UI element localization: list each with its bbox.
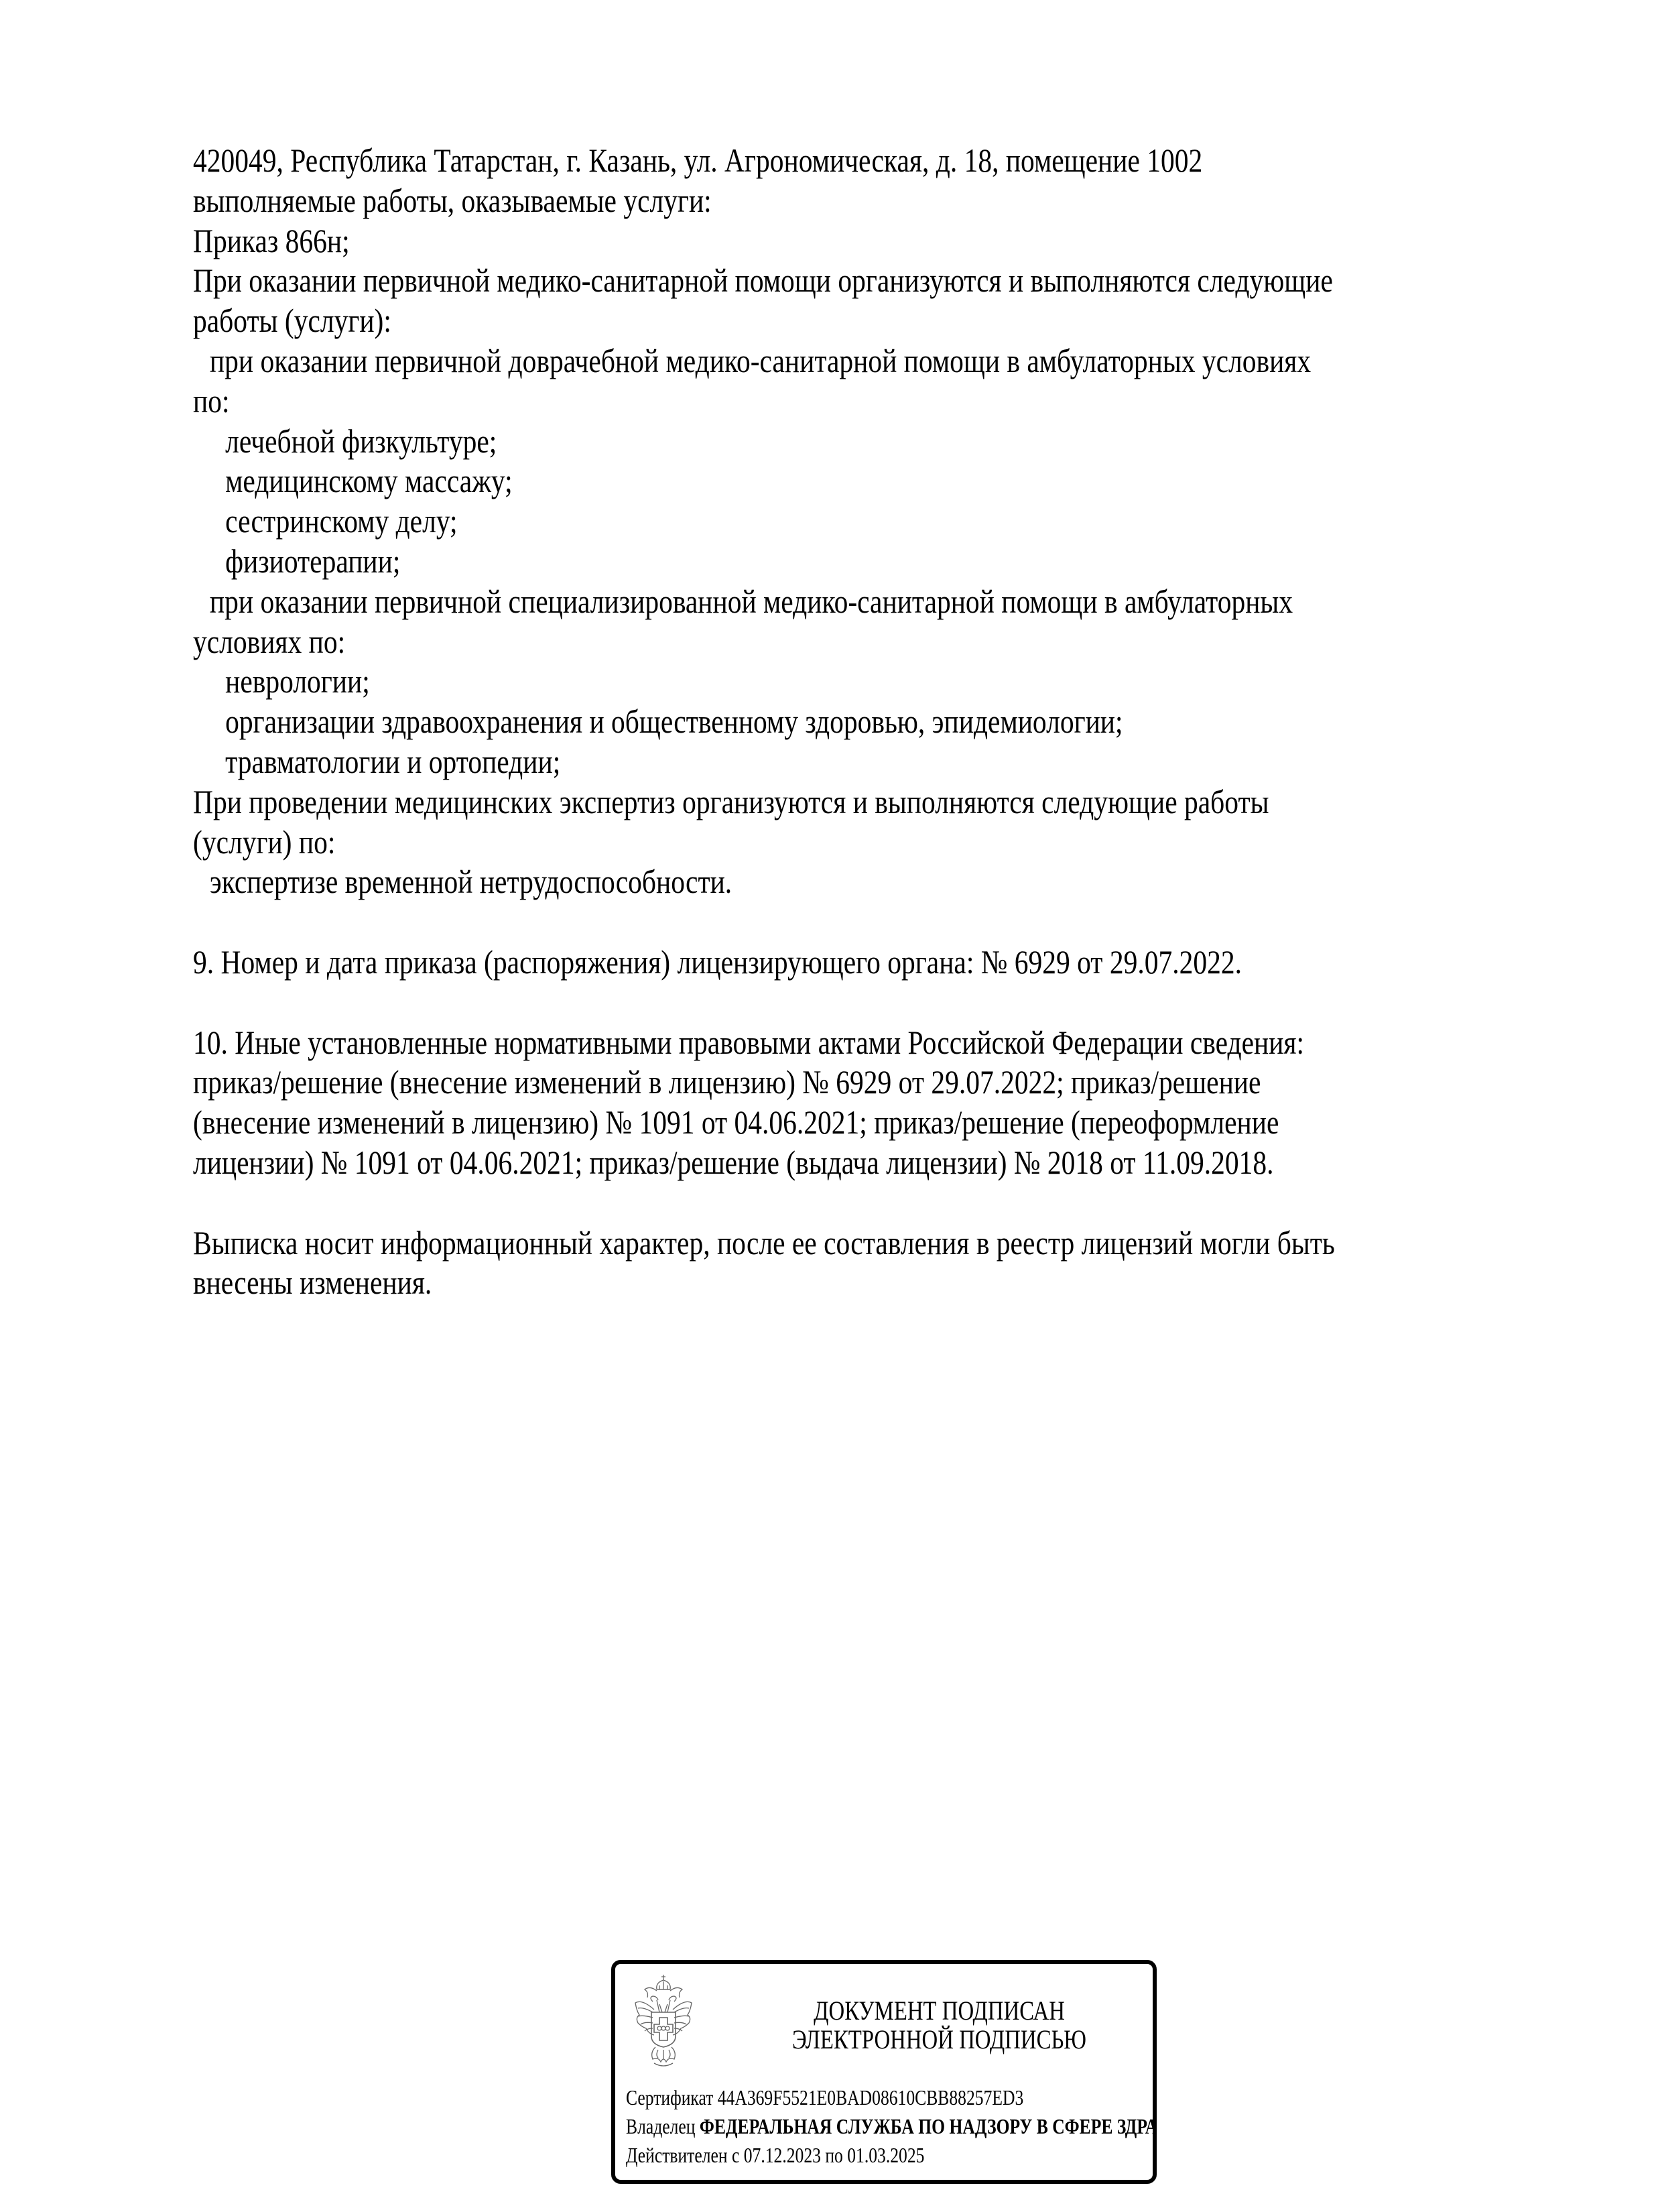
document-line: 9. Номер и дата приказа (распоряжения) л… bbox=[193, 942, 1584, 983]
document-line: внесены изменения. bbox=[193, 1263, 1584, 1303]
electronic-signature-stamp: ДОКУМЕНТ ПОДПИСАН ЭЛЕКТРОННОЙ ПОДПИСЬЮ С… bbox=[611, 1960, 1157, 2184]
stamp-title-line2: ЭЛЕКТРОННОЙ ПОДПИСЬЮ bbox=[741, 2025, 1137, 2054]
document-line: лицензии) № 1091 от 04.06.2021; приказ/р… bbox=[193, 1143, 1584, 1183]
document-line: организации здравоохранения и общественн… bbox=[193, 702, 1584, 742]
document-line: лечебной физкультуре; bbox=[193, 422, 1584, 462]
stamp-title-line1: ДОКУМЕНТ ПОДПИСАН bbox=[741, 1996, 1137, 2025]
owner-label: Владелец bbox=[626, 2114, 695, 2138]
document-line: приказ/решение (внесение изменений в лиц… bbox=[193, 1062, 1584, 1103]
document-line: выполняемые работы, оказываемые услуги: bbox=[193, 181, 1584, 221]
document-line: при оказании первичной специализированно… bbox=[193, 582, 1584, 622]
document-line: 420049, Республика Татарстан, г. Казань,… bbox=[193, 141, 1584, 181]
owner-row: Владелец ФЕДЕРАЛЬНАЯ СЛУЖБА ПО НАДЗОРУ В… bbox=[626, 2112, 1157, 2141]
document-line: (внесение изменений в лицензию) № 1091 о… bbox=[193, 1103, 1584, 1143]
document-line: Выписка носит информационный характер, п… bbox=[193, 1223, 1584, 1264]
document-line: При оказании первичной медико-санитарной… bbox=[193, 261, 1584, 301]
certificate-label: Сертификат bbox=[626, 2085, 713, 2109]
blank-line bbox=[193, 1183, 1584, 1223]
license-extract-body: 420049, Республика Татарстан, г. Казань,… bbox=[193, 141, 1584, 1303]
eagle-emblem-icon bbox=[630, 1971, 697, 2071]
document-line: медицинскому массажу; bbox=[193, 461, 1584, 501]
blank-line bbox=[193, 983, 1584, 1023]
document-line: (услуги) по: bbox=[193, 822, 1584, 863]
document-line: физиотерапии; bbox=[193, 542, 1584, 582]
document-line: сестринскому делу; bbox=[193, 501, 1584, 542]
document-line: неврологии; bbox=[193, 662, 1584, 702]
document-line: При проведении медицинских экспертиз орг… bbox=[193, 782, 1584, 822]
document-line: условиях по: bbox=[193, 622, 1584, 662]
stamp-title: ДОКУМЕНТ ПОДПИСАН ЭЛЕКТРОННОЙ ПОДПИСЬЮ bbox=[741, 1996, 1137, 2054]
document-line: по: bbox=[193, 381, 1584, 422]
owner-value: ФЕДЕРАЛЬНАЯ СЛУЖБА ПО НАДЗОРУ В СФЕРЕ ЗД… bbox=[700, 2114, 1157, 2138]
certificate-value: 44A369F5521E0BAD08610CBB88257ED3 bbox=[718, 2085, 1024, 2109]
document-line: работы (услуги): bbox=[193, 301, 1584, 341]
document-line: экспертизе временной нетрудоспособности. bbox=[193, 862, 1584, 902]
document-line: травматологии и ортопедии; bbox=[193, 742, 1584, 782]
validity-row: Действителен с 07.12.2023 по 01.03.2025 bbox=[626, 2141, 1157, 2170]
document-line: 10. Иные установленные нормативными прав… bbox=[193, 1023, 1584, 1063]
document-line: Приказ 866н; bbox=[193, 221, 1584, 261]
certificate-row: Сертификат 44A369F5521E0BAD08610CBB88257… bbox=[626, 2083, 1157, 2112]
stamp-details: Сертификат 44A369F5521E0BAD08610CBB88257… bbox=[626, 2083, 1157, 2170]
blank-line bbox=[193, 902, 1584, 942]
document-line: при оказании первичной доврачебной медик… bbox=[193, 341, 1584, 381]
document-page: 420049, Республика Татарстан, г. Казань,… bbox=[0, 0, 1662, 2212]
